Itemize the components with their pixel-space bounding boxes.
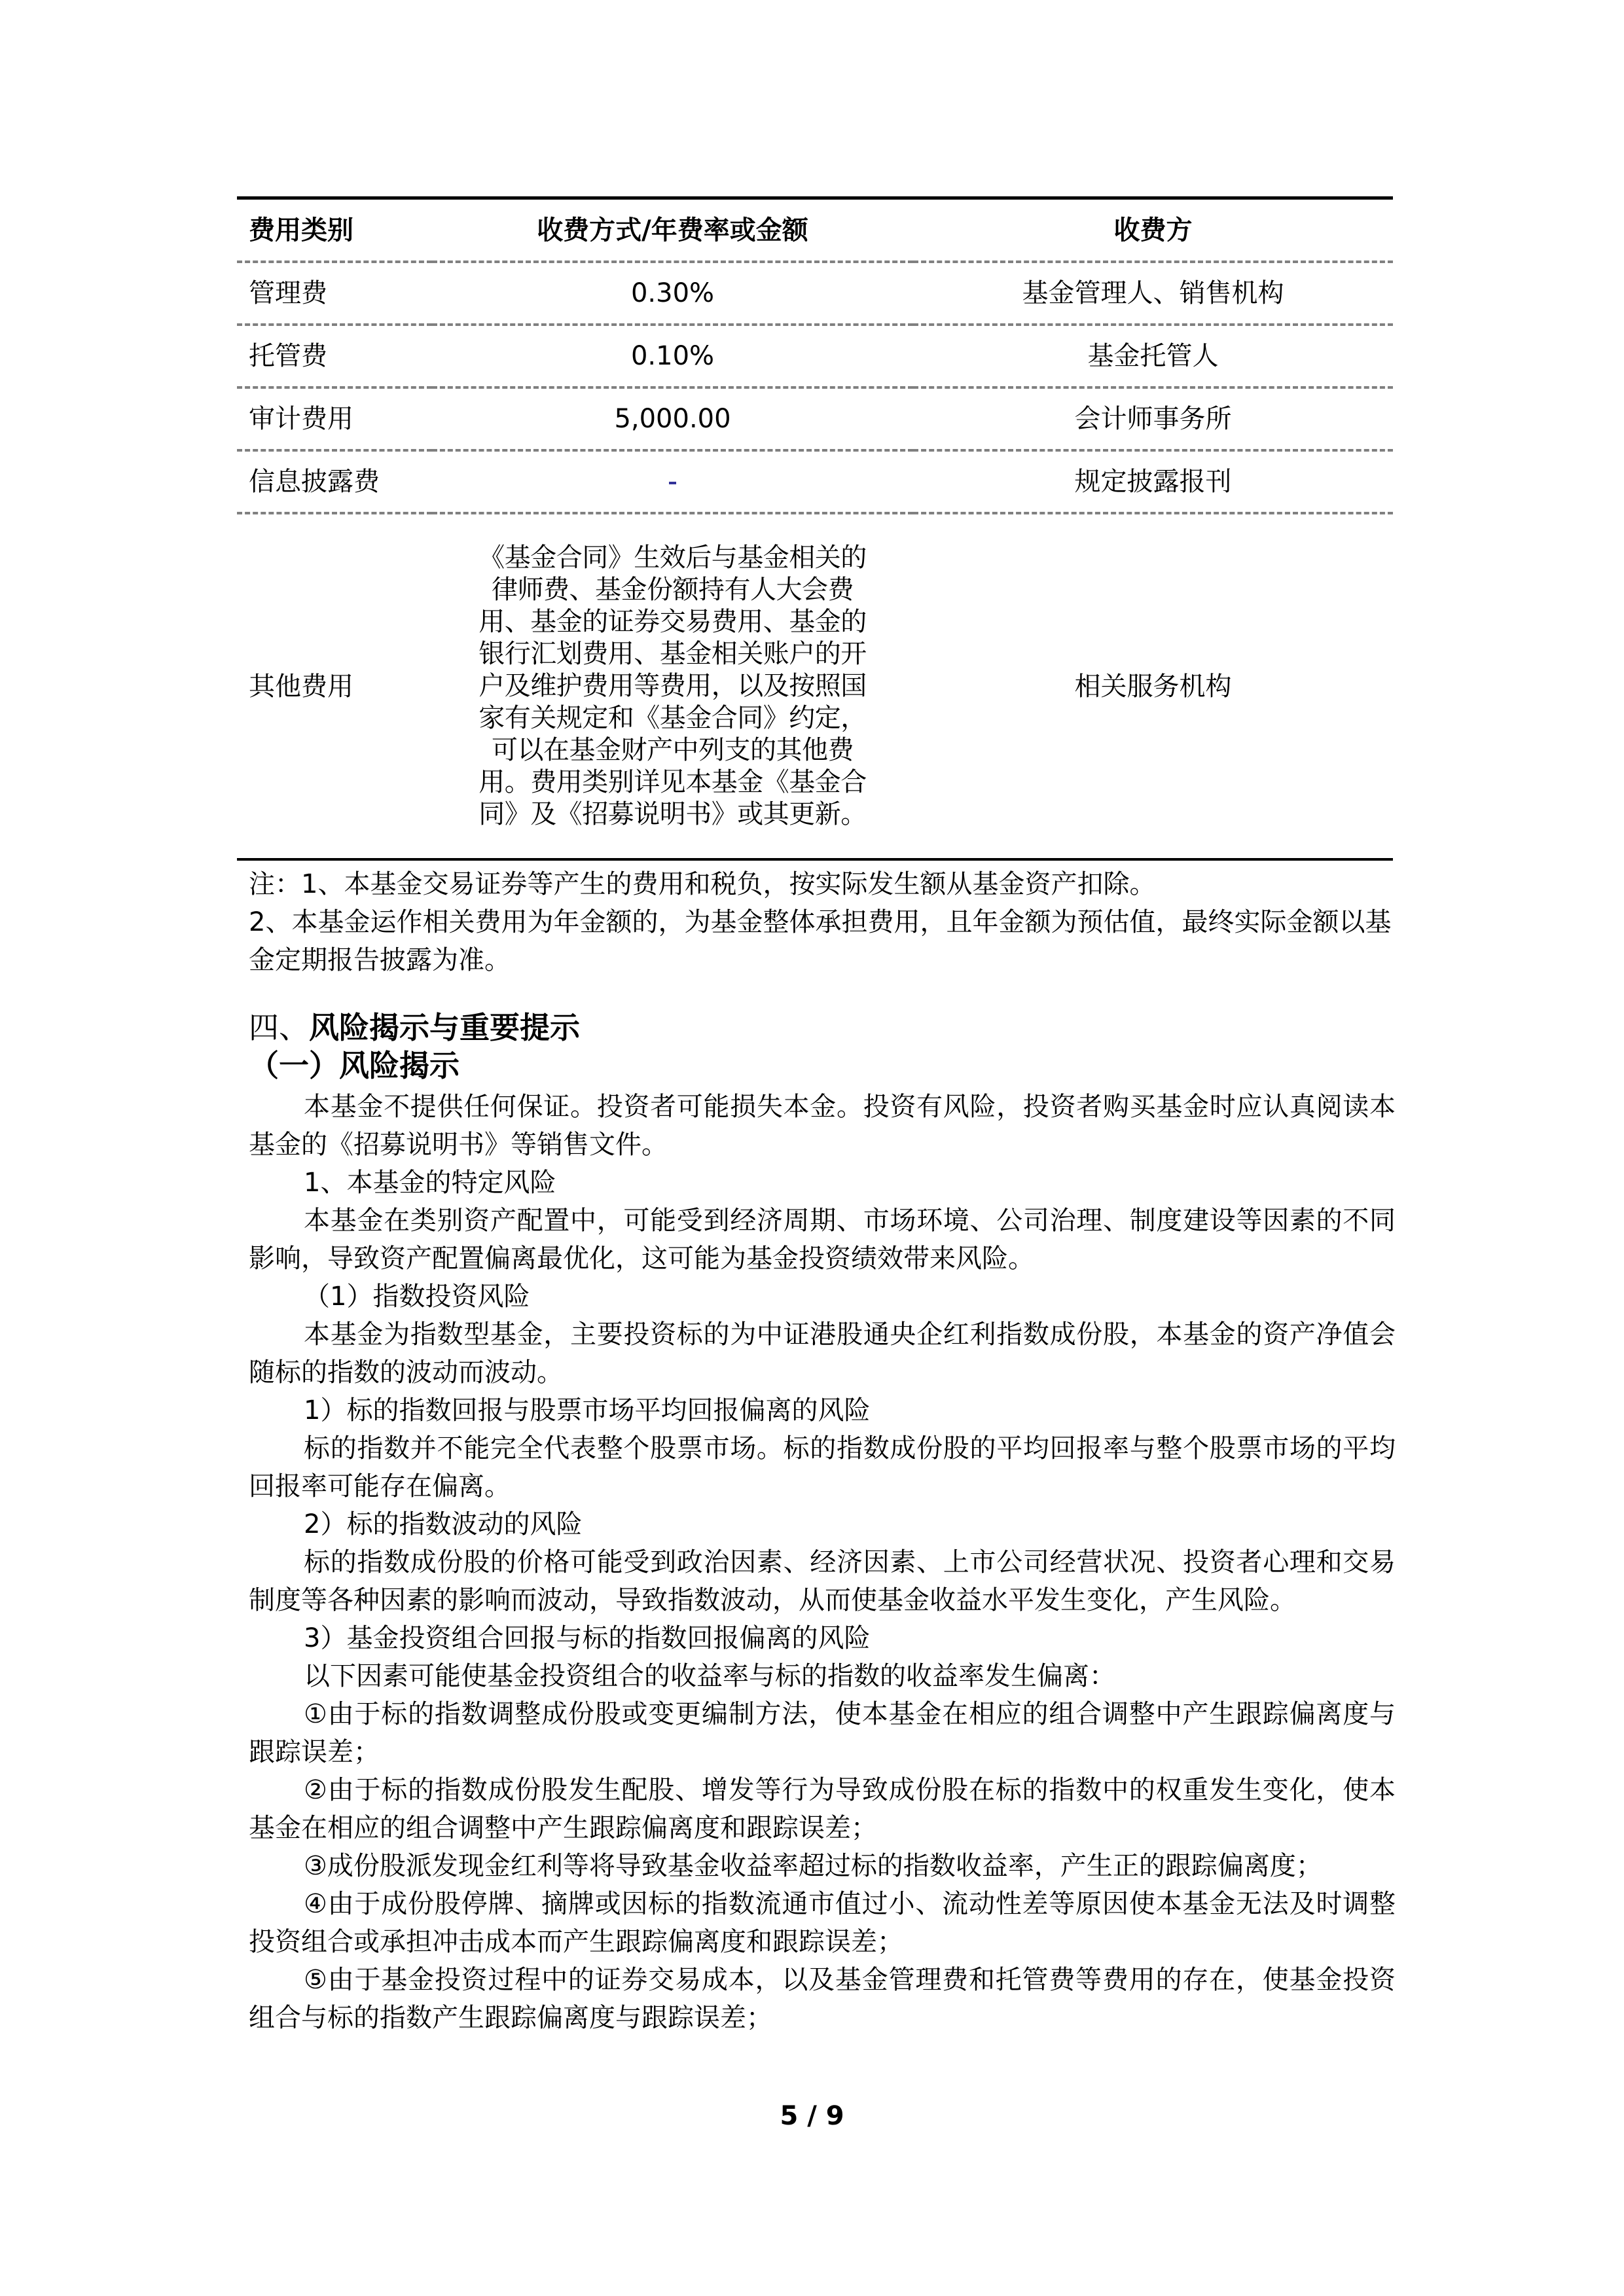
paragraph-heading: 3）基金投资组合回报与标的指数回报偏离的风险 <box>249 1619 1396 1657</box>
subsection-heading: （一）风险揭示 <box>249 1046 460 1085</box>
fee-rate-cell <box>432 450 913 513</box>
section-heading: 四、风险揭示与重要提示 <box>249 1008 580 1047</box>
fee-type-cell: 信息披露费 <box>237 450 432 513</box>
paragraph: 本基金在类别资产配置中，可能受到经济周期、市场环境、公司治理、制度建设等因素的不… <box>249 1202 1396 1278</box>
note-item: 注：1、本基金交易证券等产生的费用和税负，按实际发生额从基金资产扣除。 <box>249 865 1394 903</box>
header-fee-type: 费用类别 <box>237 198 432 262</box>
document-page: 费用类别 收费方式/年费率或金额 收费方 管理费 0.30% 基金管理人、销售机… <box>0 0 1624 2296</box>
paragraph-heading: 2）标的指数波动的风险 <box>249 1505 1396 1543</box>
paragraph-heading: 1、本基金的特定风险 <box>249 1164 1396 1202</box>
paragraph: 标的指数成份股的价格可能受到政治因素、经济因素、上市公司经营状况、投资者心理和交… <box>249 1543 1396 1619</box>
other-fees-description: 《基金合同》生效后与基金相关的律师费、基金份额持有人大会费用、基金的证券交易费用… <box>467 542 879 831</box>
paragraph: 标的指数并不能完全代表整个股票市场。标的指数成份股的平均回报率与整个股票市场的平… <box>249 1429 1396 1505</box>
fee-rate-cell: 0.10% <box>432 325 913 387</box>
table-notes: 注：1、本基金交易证券等产生的费用和税负，按实际发生额从基金资产扣除。 2、本基… <box>249 865 1394 979</box>
table-row: 托管费 0.10% 基金托管人 <box>237 325 1393 387</box>
list-item: ⑤由于基金投资过程中的证券交易成本，以及基金管理费和托管费等费用的存在，使基金投… <box>249 1961 1396 2037</box>
fee-payee-cell: 相关服务机构 <box>913 513 1393 859</box>
fee-payee-cell: 规定披露报刊 <box>913 450 1393 513</box>
fee-rate-cell: 5,000.00 <box>432 387 913 450</box>
fee-payee-cell: 基金托管人 <box>913 325 1393 387</box>
note-item: 2、本基金运作相关费用为年金额的，为基金整体承担费用，且年金额为预估值，最终实际… <box>249 903 1394 979</box>
header-fee-payee: 收费方 <box>913 198 1393 262</box>
paragraph-heading: （1）指数投资风险 <box>249 1278 1396 1316</box>
paragraph: 本基金不提供任何保证。投资者可能损失本金。投资有风险，投资者购买基金时应认真阅读… <box>249 1088 1396 1164</box>
body-text: 本基金不提供任何保证。投资者可能损失本金。投资有风险，投资者购买基金时应认真阅读… <box>249 1088 1396 2037</box>
fee-type-cell: 管理费 <box>237 262 432 325</box>
fee-payee-cell: 会计师事务所 <box>913 387 1393 450</box>
list-item: ④由于成份股停牌、摘牌或因标的指数流通市值过小、流动性差等原因使本基金无法及时调… <box>249 1885 1396 1961</box>
fee-type-cell: 其他费用 <box>237 513 432 859</box>
table-row: 其他费用 《基金合同》生效后与基金相关的律师费、基金份额持有人大会费用、基金的证… <box>237 513 1393 859</box>
fee-rate-cell: 《基金合同》生效后与基金相关的律师费、基金份额持有人大会费用、基金的证券交易费用… <box>432 513 913 859</box>
dash-mark-icon <box>669 482 676 484</box>
section-title: 风险揭示与重要提示 <box>309 1010 580 1045</box>
table-row: 信息披露费 规定披露报刊 <box>237 450 1393 513</box>
paragraph-heading: 1）标的指数回报与股票市场平均回报偏离的风险 <box>249 1391 1396 1429</box>
header-fee-rate: 收费方式/年费率或金额 <box>432 198 913 262</box>
fee-type-cell: 审计费用 <box>237 387 432 450</box>
fee-payee-cell: 基金管理人、销售机构 <box>913 262 1393 325</box>
fee-rate-cell: 0.30% <box>432 262 913 325</box>
table-row: 审计费用 5,000.00 会计师事务所 <box>237 387 1393 450</box>
fee-table: 费用类别 收费方式/年费率或金额 收费方 管理费 0.30% 基金管理人、销售机… <box>237 196 1393 861</box>
list-item: ③成份股派发现金红利等将导致基金收益率超过标的指数收益率，产生正的跟踪偏离度； <box>249 1847 1396 1885</box>
section-number: 四、 <box>249 1010 309 1045</box>
fee-type-cell: 托管费 <box>237 325 432 387</box>
table-row: 管理费 0.30% 基金管理人、销售机构 <box>237 262 1393 325</box>
fee-table-header-row: 费用类别 收费方式/年费率或金额 收费方 <box>237 198 1393 262</box>
page-number: 5 / 9 <box>0 2098 1624 2134</box>
list-item: ②由于标的指数成份股发生配股、增发等行为导致成份股在标的指数中的权重发生变化，使… <box>249 1771 1396 1847</box>
paragraph: 以下因素可能使基金投资组合的收益率与标的指数的收益率发生偏离： <box>249 1657 1396 1695</box>
paragraph: 本基金为指数型基金，主要投资标的为中证港股通央企红利指数成份股，本基金的资产净值… <box>249 1316 1396 1391</box>
list-item: ①由于标的指数调整成份股或变更编制方法，使本基金在相应的组合调整中产生跟踪偏离度… <box>249 1695 1396 1771</box>
